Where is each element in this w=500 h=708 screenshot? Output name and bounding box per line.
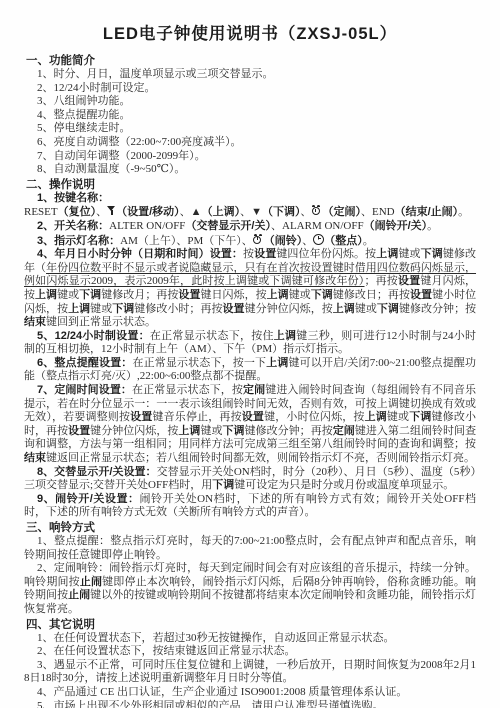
text-run: 、▲: [180, 206, 202, 218]
text-run: 。: [363, 235, 374, 247]
text-run: 按: [243, 248, 254, 260]
text-run: 键音乐停止，再按: [152, 411, 241, 423]
text-run: 3、遇显示不正常，可同时压住复位键和上调键，一秒后放开，日期时间恢复为2008年…: [24, 659, 476, 685]
text-run: 键修改分钟；按: [399, 303, 476, 315]
text-run: 键可设定为只是时分或月份或温度单项显示。: [234, 479, 454, 491]
text-run: 4、年月日小时分钟（日期和时间）设置：: [37, 248, 243, 260]
text-run: 定闹: [243, 384, 265, 396]
text-run: 键或: [387, 411, 409, 423]
clock-icon: [313, 234, 324, 245]
paragraph: 2、12/24小时制可设定。: [24, 82, 476, 96]
text-run: （下调）: [262, 206, 301, 218]
paragraph: 6、亮度自动调整（22:00~7:00亮度减半）。: [24, 136, 476, 150]
text-run: 设置: [254, 248, 276, 260]
text-run: 键回到正常显示状态。: [46, 316, 156, 328]
text-run: 9、闹铃开/关设置：: [37, 493, 140, 505]
text-run: 在正常显示状态下，按: [132, 384, 243, 396]
text-run: 设置: [398, 275, 420, 287]
text-run: 在正常显示状态下，按住: [150, 330, 274, 342]
text-run: 。: [458, 206, 469, 218]
paragraph: 4、年月日小时分钟（日期和时间）设置：按设置键四位年份闪烁。按上调键或下调键修改…: [24, 248, 476, 330]
text-run: 上调: [333, 303, 355, 315]
paragraph: 2、在任何设置状态下，按结束键返回正常显示状态。: [24, 645, 476, 659]
paragraph: 7、定闹时间设置：在正常显示状态下，按定闹键进入闹铃时间查询（每组闹铃有不同音乐…: [24, 384, 476, 466]
text-run: 设置: [242, 411, 264, 423]
section-heading: 四、其它说明: [26, 618, 476, 632]
text-run: 上调: [178, 425, 200, 437]
text-run: 下调: [377, 303, 399, 315]
text-run: 设置: [410, 289, 432, 301]
text-run: 、: [300, 206, 311, 218]
paragraph: RESET（复位）、（设置/移动）、▲（上调）、▼（下调）、（定闹）、END（结…: [24, 205, 476, 220]
text-run: 下调: [311, 289, 333, 301]
text-run: 上调: [267, 289, 289, 301]
text-run: 上调: [35, 289, 57, 301]
text-run: 设置: [178, 289, 200, 301]
text-run: （定闹）: [322, 206, 361, 218]
paragraph: 8、自动测量温度（-9~50℃）。: [24, 163, 476, 177]
paragraph: 5、12/24小时制设置：在正常显示状态下，按住上调键三秒，则可进行12小时制与…: [24, 330, 476, 357]
paragraph: 2、开关名称：ALTER ON/OFF（交替显示开/关）、ALARM ON/OF…: [24, 220, 476, 234]
text-run: （闹铃）: [264, 235, 303, 247]
section: 四、其它说明1、在任何设置状态下，若超过30秒无按键操作，自动返回正常显示状态。…: [24, 618, 476, 708]
paragraph: 1、在任何设置状态下，若超过30秒无按键操作，自动返回正常显示状态。: [24, 632, 476, 646]
text-run: 设置: [68, 425, 90, 437]
text-run: 1、在任何设置状态下，若超过30秒无按键操作，自动返回正常显示状态。: [37, 632, 395, 644]
text-run: 键分钟位闪烁，按: [90, 425, 178, 437]
text-run: 3、指示灯名称：: [37, 235, 120, 247]
text-run: 上调: [365, 411, 387, 423]
text-run: 上调: [266, 357, 288, 369]
text-run: （结束/止闹）: [395, 206, 459, 218]
text-run: ALTER ON/OFF: [109, 220, 185, 232]
text-run: 结束: [24, 452, 46, 464]
paragraph: 5、市场上出现不少外形相同或相似的产品，请用户认准型号谨慎选购。: [24, 700, 476, 708]
page-title: LED电子钟使用说明书（ZXSJ-05L）: [24, 20, 476, 44]
section: 一、功能简介1、时分、月日，温度单项显示或三项交替显示。2、12/24小时制可设…: [24, 54, 476, 177]
text-run: 5、12/24小时制设置：: [37, 330, 150, 342]
text-run: 6、亮度自动调整（22:00~7:00亮度减半）。: [37, 136, 242, 148]
text-run: 7、定闹时间设置：: [37, 384, 132, 396]
alarm-clock-icon: [253, 234, 264, 245]
paragraph: 3、八组闹钟功能。: [24, 95, 476, 109]
text-run: 2、12/24小时制可设定。: [37, 82, 156, 94]
text-run: 止闹: [68, 589, 90, 601]
section: 三、响铃方式1、整点提醒：整点指示灯亮时，每天的7:00~21:00整点时，会有…: [24, 521, 476, 617]
text-run: 2、在任何设置状态下，按结束键返回正常显示状态。: [37, 645, 296, 657]
text-run: ；再按: [364, 275, 398, 287]
text-run: 键修改日；再按: [333, 289, 410, 301]
text-run: 设置: [223, 303, 245, 315]
text-run: 键或: [289, 289, 311, 301]
text-run: 1、整点提醒：整点指示灯亮时，每天的7:00~21:00整点时，会有配点钟声和配…: [24, 535, 476, 561]
section-heading: 二、操作说明: [26, 178, 476, 192]
document-page: LED电子钟使用说明书（ZXSJ-05L） 一、功能简介1、时分、月日，温度单项…: [0, 0, 500, 708]
paragraph: 4、产品通过 CE 出口认证，生产企业通过 ISO9001:2008 质量管理体…: [24, 686, 476, 700]
text-run: 5、停电继续走时。: [37, 122, 131, 134]
text-run: 、: [96, 206, 107, 218]
text-run: 、END: [361, 206, 395, 218]
text-run: 7、自动闰年调整（2000-2099年）。: [37, 150, 206, 162]
text-run: 、ALARM ON/OFF: [271, 220, 364, 232]
paragraph: 1、按键名称：: [24, 192, 476, 206]
paragraph: 9、闹铃开/关设置：闹铃开关处ON档时，下述的所有响铃方式有效；闹铃开关处OFF…: [24, 493, 476, 520]
text-run: 下调: [79, 289, 101, 301]
text-run: 设置: [130, 411, 152, 423]
paragraph: 3、指示灯名称：AM（上午）、PM（下午）、（闹铃）、（整点）。: [24, 234, 476, 249]
text-run: 上调: [376, 248, 398, 260]
document-body: 一、功能简介1、时分、月日，温度单项显示或三项交替显示。2、12/24小时制可设…: [24, 54, 476, 708]
set-move-icon: [107, 205, 116, 216]
text-run: 键或: [57, 289, 79, 301]
text-run: RESET: [24, 206, 58, 218]
text-run: （复位）: [58, 206, 97, 218]
text-run: 8、交替显示开/关设置：: [37, 466, 157, 478]
text-run: 键或: [90, 303, 112, 315]
paragraph: 3、遇显示不正常，可同时压住复位键和上调键，一秒后放开，日期时间恢复为2008年…: [24, 659, 476, 686]
text-run: （交替显示开/关）: [185, 220, 271, 232]
text-run: 5、市场上出现不少外形相同或相似的产品，请用户认准型号谨慎选购。: [37, 700, 384, 708]
section-heading: 一、功能简介: [26, 54, 476, 68]
text-run: 上调: [68, 303, 90, 315]
text-run: （闹铃开/关）: [364, 220, 428, 232]
text-run: 下调: [409, 411, 431, 423]
text-run: 下调: [421, 248, 443, 260]
paragraph: 7、自动闰年调整（2000-2099年）。: [24, 150, 476, 164]
text-run: 键分钟位闪烁，按: [245, 303, 333, 315]
text-run: 键修改月；再按: [101, 289, 178, 301]
text-run: 6、整点提醒设置：: [37, 357, 132, 369]
text-run: AM（上午）、PM（下午）、: [120, 235, 253, 247]
text-run: 、: [302, 235, 313, 247]
text-run: 4、产品通过 CE 出口认证，生产企业通过 ISO9001:2008 质量管理体…: [37, 686, 407, 698]
text-run: 键修改小时；再按: [134, 303, 222, 315]
section-heading: 三、响铃方式: [26, 521, 476, 535]
paragraph: 1、整点提醒：整点指示灯亮时，每天的7:00~21:00整点时，会有配点钟声和配…: [24, 535, 476, 562]
text-run: 键四位年份闪烁。按: [276, 248, 376, 260]
paragraph: 1、时分、月日，温度单项显示或三项交替显示。: [24, 68, 476, 82]
text-run: 键修改分钟；再按: [245, 425, 333, 437]
text-run: （上调）: [202, 206, 241, 218]
text-run: 定闹: [333, 425, 355, 437]
text-run: （设置/移动）: [116, 206, 180, 218]
alarm-clock-icon: [311, 205, 322, 216]
text-run: 下调: [112, 303, 134, 315]
text-run: 键或: [200, 425, 222, 437]
text-run: 键，小时位闪烁，按: [264, 411, 364, 423]
text-run: 2、开关名称：: [37, 220, 109, 232]
section: 二、操作说明1、按键名称：RESET（复位）、（设置/移动）、▲（上调）、▼（下…: [24, 178, 476, 520]
text-run: 。: [427, 220, 438, 232]
text-run: 、▼: [240, 206, 262, 218]
paragraph: 4、整点提醒功能。: [24, 109, 476, 123]
text-run: 8、自动测量温度（-9~50℃）。: [37, 163, 185, 175]
text-run: （整点）: [324, 235, 363, 247]
text-run: 键或: [398, 248, 420, 260]
text-run: 上调: [274, 330, 297, 342]
text-run: 键日闪烁，按: [200, 289, 266, 301]
text-run: 1、按键名称：: [37, 192, 109, 204]
text-run: 键返回正常显示状态；若八组闹铃时间都无效，则闹铃指示灯不亮，否则闹铃指示灯亮。: [46, 452, 475, 464]
paragraph: 2、定闹响铃：闹铃指示灯亮时，每天到定闹时间会有对应该组的音乐提示，持续一分钟。…: [24, 562, 476, 616]
paragraph: 6、整点提醒设置：在正常显示状态下，按一下上调键可以开启/关闭7:00~21:0…: [24, 357, 476, 384]
paragraph: 5、停电继续走时。: [24, 122, 476, 136]
text-run: 下调: [212, 479, 234, 491]
paragraph: 8、交替显示开/关设置：交替显示开关处ON档时，时分（20秒）、月日（5秒）、温…: [24, 466, 476, 493]
text-run: 止闹: [80, 576, 102, 588]
text-run: 键或: [355, 303, 377, 315]
text-run: 键以外的按键或响铃期间不按键都将结束本次定闹响铃和贪睡功能，闹铃指示灯恢复常亮。: [24, 589, 476, 615]
text-run: 3、八组闹钟功能。: [37, 95, 131, 107]
text-run: 在正常显示状态下，按一下: [132, 357, 266, 369]
text-run: 4、整点提醒功能。: [37, 109, 131, 121]
text-run: 结束: [24, 316, 46, 328]
text-run: 1、时分、月日，温度单项显示或三项交替显示。: [37, 68, 274, 80]
text-run: 下调: [223, 425, 245, 437]
